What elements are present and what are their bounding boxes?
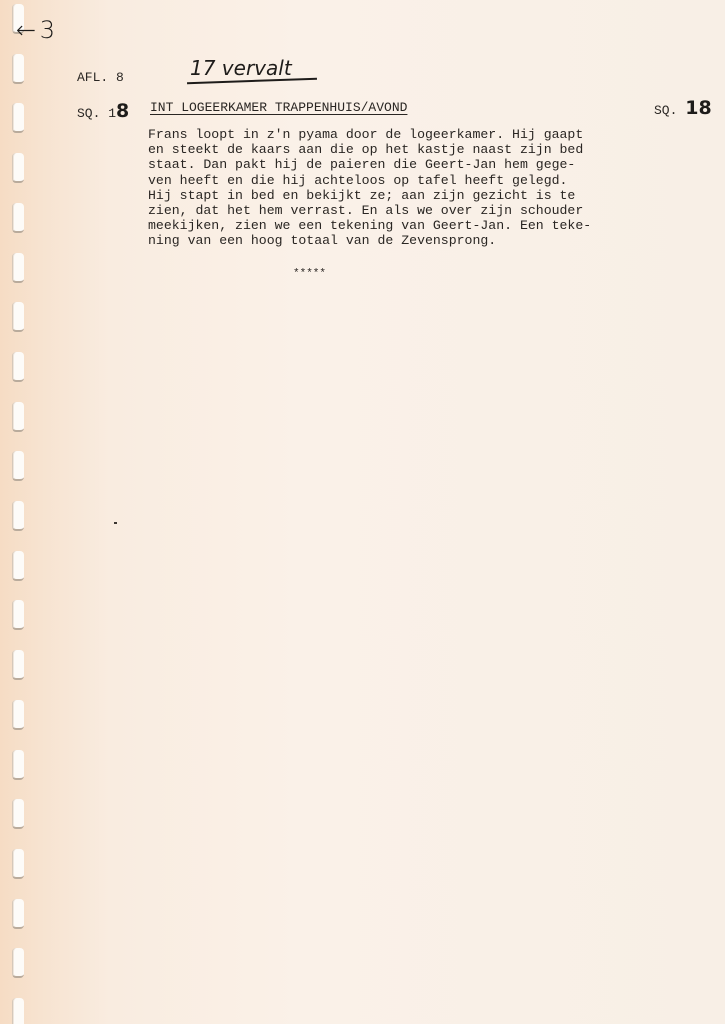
- binding-hole: [12, 153, 24, 183]
- page-corner-annotation: ← 3: [16, 16, 53, 44]
- sequence-number-right: SQ. 18: [654, 97, 712, 119]
- sequence-typed-digit: 1: [108, 106, 116, 121]
- binding-holes: [12, 0, 26, 1024]
- binding-hole: [12, 849, 24, 879]
- sequence-prefix: SQ.: [77, 106, 100, 121]
- binding-hole: [12, 352, 24, 382]
- scene-heading: INT LOGEERKAMER TRAPPENHUIS/AVOND: [150, 100, 407, 115]
- binding-hole: [12, 54, 24, 84]
- body-line: meekijken, zien we een tekening van Geer…: [148, 218, 668, 233]
- binding-hole: [12, 103, 24, 133]
- binding-hole: [12, 799, 24, 829]
- body-line: Frans loopt in z'n pyama door de logeerk…: [148, 127, 668, 142]
- binding-hole: [12, 948, 24, 978]
- binding-hole: [12, 750, 24, 780]
- body-line: Hij stapt in bed en bekijkt ze; aan zijn…: [148, 188, 668, 203]
- binding-hole: [12, 650, 24, 680]
- paper-speck: [114, 522, 117, 524]
- body-line: en steekt de kaars aan die op het kastje…: [148, 142, 668, 157]
- body-line: zien, dat het hem verrast. En als we ove…: [148, 203, 668, 218]
- handwritten-note: 17 vervalt: [190, 56, 292, 80]
- binding-hole: [12, 253, 24, 283]
- binding-hole: [12, 501, 24, 531]
- binding-hole: [12, 302, 24, 332]
- sequence-right-handwritten-number: 18: [685, 97, 711, 119]
- body-line: staat. Dan pakt hij de paieren die Geert…: [148, 157, 668, 172]
- binding-hole: [12, 402, 24, 432]
- binding-hole: [12, 700, 24, 730]
- script-page: ← 3 AFL. 8 17 vervalt SQ. 18 INT LOGEERK…: [0, 0, 725, 1024]
- binding-hole: [12, 600, 24, 630]
- episode-label: AFL. 8: [77, 70, 124, 85]
- binding-hole: [12, 451, 24, 481]
- binding-hole: [12, 203, 24, 233]
- sequence-handwritten-digit: 8: [116, 100, 129, 122]
- body-line: ning van een hoog totaal van de Zevenspr…: [148, 233, 668, 248]
- sequence-number-left: SQ. 18: [77, 100, 129, 122]
- binding-hole: [12, 998, 24, 1024]
- end-marker: *****: [293, 268, 326, 280]
- scene-description: Frans loopt in z'n pyama door de logeerk…: [148, 127, 668, 249]
- binding-hole: [12, 899, 24, 929]
- body-line: ven heeft en die hij achteloos op tafel …: [148, 173, 668, 188]
- binding-hole: [12, 551, 24, 581]
- sequence-right-prefix: SQ.: [654, 103, 677, 118]
